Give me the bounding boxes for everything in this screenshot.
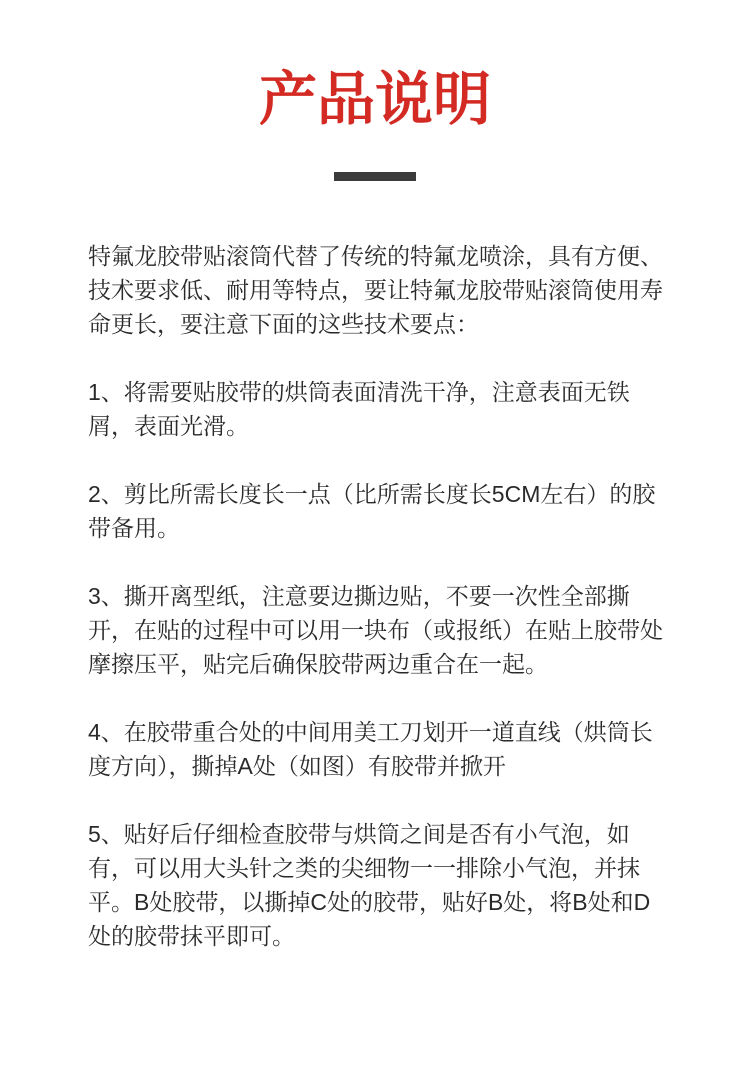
- step-paragraph-5: 5、贴好后仔细检查胶带与烘筒之间是否有小气泡，如有，可以用大头针之类的尖细物一一…: [88, 817, 663, 953]
- step-paragraph-2: 2、剪比所需长度长一点（比所需长度长5CM左右）的胶带备用。: [88, 477, 663, 545]
- step-paragraph-4: 4、在胶带重合处的中间用美工刀划开一道直线（烘筒长度方向），撕掉A处（如图）有胶…: [88, 715, 663, 783]
- step-paragraph-3: 3、撕开离型纸，注意要边撕边贴，不要一次性全部撕开，在贴的过程中可以用一块布（或…: [88, 579, 663, 681]
- page-title: 产品说明: [0, 0, 750, 136]
- step-paragraph-1: 1、将需要贴胶带的烘筒表面清洗干净，注意表面无铁屑，表面光滑。: [88, 375, 663, 443]
- intro-paragraph: 特氟龙胶带贴滚筒代替了传统的特氟龙喷涂，具有方便、技术要求低、耐用等特点，要让特…: [88, 239, 663, 341]
- description-content: 特氟龙胶带贴滚筒代替了传统的特氟龙喷涂，具有方便、技术要求低、耐用等特点，要让特…: [88, 239, 663, 953]
- product-description-page: 产品说明 特氟龙胶带贴滚筒代替了传统的特氟龙喷涂，具有方便、技术要求低、耐用等特…: [0, 0, 750, 1070]
- title-divider: [334, 172, 416, 181]
